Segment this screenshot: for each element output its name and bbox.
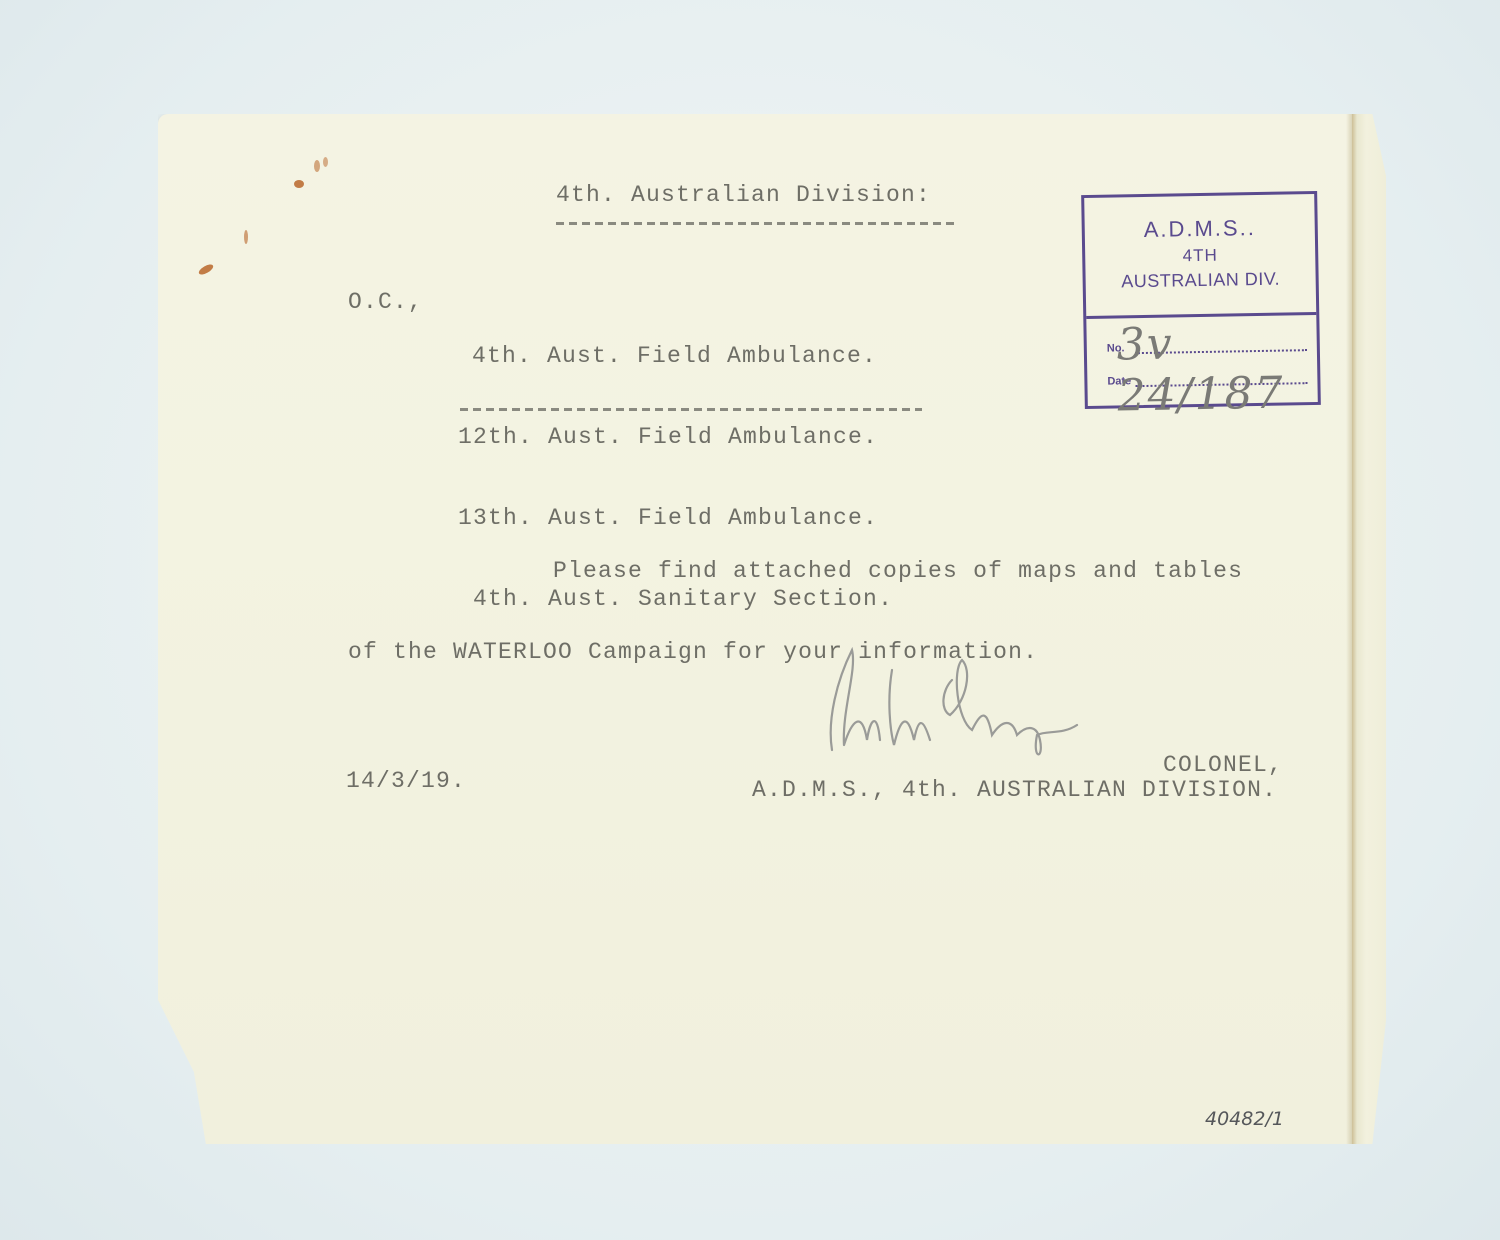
stamp-line-1: A.D.M.S.. (1085, 214, 1315, 244)
stamp-line-3: AUSTRALIAN DIV. (1085, 268, 1315, 293)
stamp-handwritten-ref: 3v 24/187 (1116, 316, 1318, 421)
recipient-item: 12th. Aust. Field Ambulance. (458, 424, 893, 451)
rust-stain (323, 157, 328, 167)
rust-stain (244, 230, 248, 244)
signatory-title: A.D.M.S., 4th. AUSTRALIAN DIVISION. (752, 777, 1277, 804)
adms-stamp: A.D.M.S.. 4TH AUSTRALIAN DIV. No. Date 3… (1081, 191, 1321, 409)
accession-number: 40482/1 (1205, 1108, 1284, 1130)
rust-stain (294, 180, 304, 188)
recipients-underline (460, 408, 922, 411)
stamp-line-2: 4TH (1085, 244, 1315, 268)
rust-stain (314, 160, 320, 172)
heading-underline (556, 222, 954, 225)
signature (822, 640, 1122, 760)
body-line: Please find attached copies of maps and … (348, 558, 1243, 585)
document-heading: 4th. Australian Division: (556, 182, 931, 209)
document-date: 14/3/19. (346, 768, 466, 795)
stamp-header: A.D.M.S.. 4TH AUSTRALIAN DIV. (1084, 194, 1316, 319)
signatory-rank: COLONEL, (1163, 752, 1283, 779)
addressee-prefix: O.C., (348, 289, 423, 316)
recipient-item: 4th. Aust. Field Ambulance. (458, 343, 893, 370)
folded-edge (1352, 114, 1386, 1144)
